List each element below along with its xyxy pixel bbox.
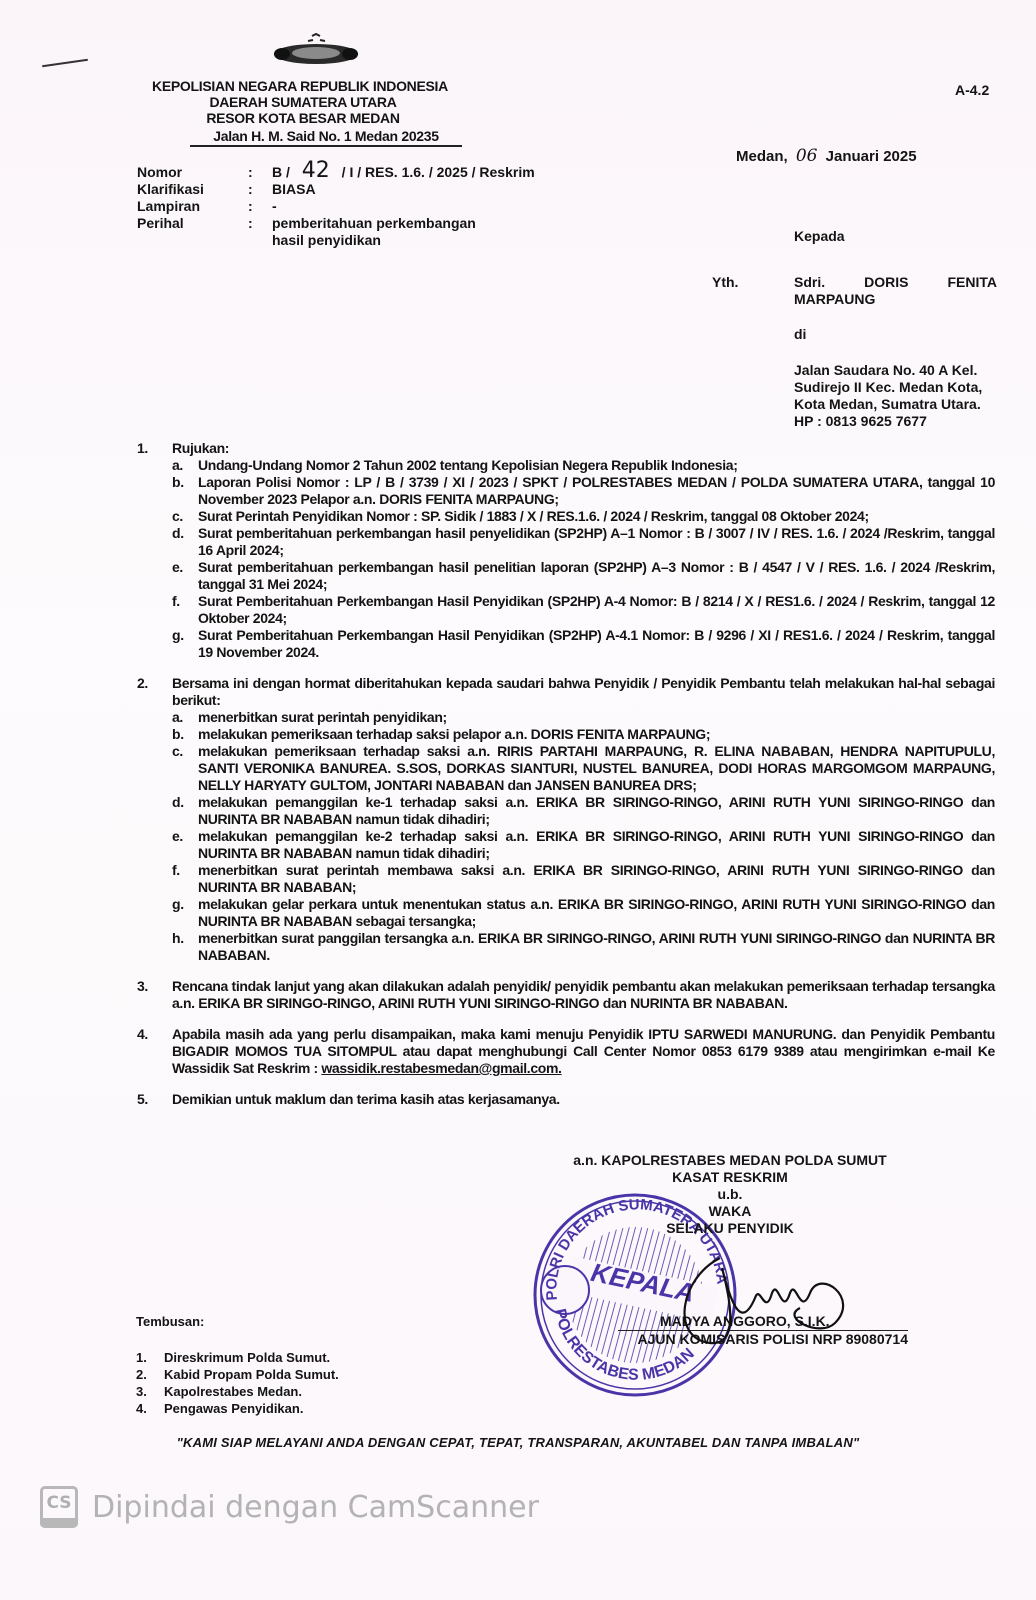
recipient-di: di xyxy=(794,326,806,343)
section-number: 5. xyxy=(137,1091,172,1108)
meta-row-nomor: Nomor : B / 42 / I / RES. 1.6. / 2025 / … xyxy=(137,164,572,181)
stray-pen-mark xyxy=(42,59,88,67)
letterhead-resort: RESOR KOTA BESAR MEDAN xyxy=(130,110,476,126)
recipient-phone: HP : 0813 9625 7677 xyxy=(794,413,1004,430)
reference-item: f.Surat Pemberitahuan Perkembangan Hasil… xyxy=(172,593,995,627)
item-letter: e. xyxy=(172,559,198,593)
recipient-kepada: Kepada xyxy=(794,228,845,245)
reference-item: d.Surat pemberitahuan perkembangan hasil… xyxy=(172,525,995,559)
section-heading: Bersama ini dengan hormat diberitahukan … xyxy=(172,675,995,709)
cc-item: 3.Kapolrestabes Medan. xyxy=(136,1383,339,1400)
date-month-year: Januari 2025 xyxy=(826,148,917,165)
item-letter: b. xyxy=(172,474,198,508)
meta-colon: : xyxy=(248,215,272,249)
cc-title: Tembusan: xyxy=(136,1313,339,1330)
action-item: f.menerbitkan surat perintah membawa sak… xyxy=(172,862,995,896)
contact-email-link[interactable]: wassidik.restabesmedan@gmail.com. xyxy=(321,1060,561,1076)
nomor-prefix: B / xyxy=(272,164,290,180)
camscanner-logo-text: CS xyxy=(46,1493,71,1513)
meta-value: - xyxy=(272,198,572,215)
item-text: menerbitkan surat panggilan tersangka a.… xyxy=(198,930,995,964)
section-number: 2. xyxy=(137,675,172,964)
item-text: melakukan pemeriksaan terhadap saksi a.n… xyxy=(198,743,995,794)
recipient-name-line2: MARPAUNG xyxy=(794,291,875,308)
item-letter: d. xyxy=(172,525,198,559)
carbon-copy-list: Tembusan: 1.Direskrimum Polda Sumut. 2.K… xyxy=(136,1313,339,1417)
item-text: menerbitkan surat perintah penyidikan; xyxy=(198,709,995,726)
letterhead-address: Jalan H. M. Said No. 1 Medan 20235 xyxy=(190,128,462,147)
reference-item: e.Surat pemberitahuan perkembangan hasil… xyxy=(172,559,995,593)
address-line: Kota Medan, Sumatra Utara. xyxy=(794,396,1004,413)
item-text: Laporan Polisi Nomor : LP / B / 3739 / X… xyxy=(198,474,995,508)
nomor-handwritten: 42 xyxy=(302,158,330,183)
recipient-name: Sdri. DORIS FENITA xyxy=(794,274,997,291)
signatory-authority: a.n. KAPOLRESTABES MEDAN POLDA SUMUT xyxy=(540,1152,920,1169)
item-letter: a. xyxy=(172,709,198,726)
section-1-references: 1. Rujukan: a.Undang-Undang Nomor 2 Tahu… xyxy=(137,440,995,661)
action-item: h.menerbitkan surat panggilan tersangka … xyxy=(172,930,995,964)
item-letter: e. xyxy=(172,828,198,862)
item-text: Surat Perintah Penyidikan Nomor : SP. Si… xyxy=(198,508,995,525)
cc-text: Pengawas Penyidikan. xyxy=(164,1400,303,1417)
address-line: Jalan Saudara No. 40 A Kel. xyxy=(794,362,1004,379)
cc-number: 3. xyxy=(136,1383,164,1400)
meta-colon: : xyxy=(248,198,272,215)
section-4-contact: 4. Apabila masih ada yang perlu disampai… xyxy=(137,1026,995,1077)
item-text: Surat pemberitahuan perkembangan hasil p… xyxy=(198,559,995,593)
camscanner-logo-icon: CS xyxy=(40,1486,78,1528)
meta-row-perihal: Perihal : pemberitahuan perkembangan has… xyxy=(137,215,572,249)
reference-item: a.Undang-Undang Nomor 2 Tahun 2002 tenta… xyxy=(172,457,995,474)
meta-row-lampiran: Lampiran : - xyxy=(137,198,572,215)
cc-number: 1. xyxy=(136,1349,164,1366)
signatory-unit: KASAT RESKRIM xyxy=(540,1169,920,1186)
item-text: melakukan pemanggilan ke-2 terhadap saks… xyxy=(198,828,995,862)
item-text: Surat Pemberitahuan Perkembangan Hasil P… xyxy=(198,627,995,661)
meta-key: Perihal xyxy=(137,215,248,249)
letterhead-region: DAERAH SUMATERA UTARA xyxy=(130,94,476,110)
camscanner-watermark: CS Dipindai dengan CamScanner xyxy=(40,1486,539,1528)
item-letter: c. xyxy=(172,743,198,794)
item-text: Undang-Undang Nomor 2 Tahun 2002 tentang… xyxy=(198,457,995,474)
item-letter: g. xyxy=(172,896,198,930)
item-letter: d. xyxy=(172,794,198,828)
item-text: melakukan pemanggilan ke-1 terhadap saks… xyxy=(198,794,995,828)
reference-item: g.Surat Pemberitahuan Perkembangan Hasil… xyxy=(172,627,995,661)
nomor-suffix: / I / RES. 1.6. / 2025 / Reskrim xyxy=(342,164,535,180)
item-text: menerbitkan surat perintah membawa saksi… xyxy=(198,862,995,896)
action-item: b.melakukan pemeriksaan terhadap saksi p… xyxy=(172,726,995,743)
signatory-position: WAKA xyxy=(540,1203,920,1220)
cc-text: Direskrimum Polda Sumut. xyxy=(164,1349,330,1366)
reference-item: c.Surat Perintah Penyidikan Nomor : SP. … xyxy=(172,508,995,525)
meta-value: B / 42 / I / RES. 1.6. / 2025 / Reskrim xyxy=(272,164,572,181)
item-text: Surat Pemberitahuan Perkembangan Hasil P… xyxy=(198,593,995,627)
date-day-handwritten: 06 xyxy=(796,146,818,166)
date-place: Medan, xyxy=(736,148,788,165)
item-letter: f. xyxy=(172,593,198,627)
action-item: e.melakukan pemanggilan ke-2 terhadap sa… xyxy=(172,828,995,862)
section-number: 1. xyxy=(137,440,172,661)
reference-item: b.Laporan Polisi Nomor : LP / B / 3739 /… xyxy=(172,474,995,508)
item-text: melakukan pemeriksaan terhadap saksi pel… xyxy=(198,726,995,743)
signatory-ub: u.b. xyxy=(540,1186,920,1203)
item-letter: c. xyxy=(172,508,198,525)
section-5-closing: 5. Demikian untuk maklum dan terima kasi… xyxy=(137,1091,995,1108)
action-item: g.melakukan gelar perkara untuk menentuk… xyxy=(172,896,995,930)
cc-text: Kapolrestabes Medan. xyxy=(164,1383,302,1400)
section-text: Apabila masih ada yang perlu disampaikan… xyxy=(172,1026,995,1077)
letterhead: KEPOLISIAN NEGARA REPUBLIK INDONESIA DAE… xyxy=(130,78,476,147)
cc-item: 4.Pengawas Penyidikan. xyxy=(136,1400,339,1417)
form-code: A-4.2 xyxy=(955,82,989,98)
contact-text: Apabila masih ada yang perlu disampaikan… xyxy=(172,1026,995,1076)
meta-colon: : xyxy=(248,181,272,198)
action-item: a.menerbitkan surat perintah penyidikan; xyxy=(172,709,995,726)
recipient-yth: Yth. xyxy=(712,274,738,291)
meta-key: Lampiran xyxy=(137,198,248,215)
meta-value: pemberitahuan perkembangan hasil penyidi… xyxy=(272,215,487,249)
action-item: c.melakukan pemeriksaan terhadap saksi a… xyxy=(172,743,995,794)
police-emblem-icon xyxy=(270,32,362,66)
meta-value: BIASA xyxy=(272,181,572,198)
cc-item: 2.Kabid Propam Polda Sumut. xyxy=(136,1366,339,1383)
section-number: 4. xyxy=(137,1026,172,1077)
item-text: melakukan gelar perkara untuk menentukan… xyxy=(198,896,995,930)
motto: "KAMI SIAP MELAYANI ANDA DENGAN CEPAT, T… xyxy=(0,1435,1036,1450)
recipient-address: Jalan Saudara No. 40 A Kel. Sudirejo II … xyxy=(794,362,1004,430)
item-letter: a. xyxy=(172,457,198,474)
letter-date: Medan, 06 Januari 2025 xyxy=(736,146,917,166)
watermark-text: Dipindai dengan CamScanner xyxy=(92,1490,539,1525)
section-text: Demikian untuk maklum dan terima kasih a… xyxy=(172,1091,995,1108)
letter-meta: Nomor : B / 42 / I / RES. 1.6. / 2025 / … xyxy=(137,164,572,249)
item-letter: g. xyxy=(172,627,198,661)
cc-number: 2. xyxy=(136,1366,164,1383)
item-letter: b. xyxy=(172,726,198,743)
cc-text: Kabid Propam Polda Sumut. xyxy=(164,1366,339,1383)
section-2-actions: 2. Bersama ini dengan hormat diberitahuk… xyxy=(137,675,995,964)
section-number: 3. xyxy=(137,978,172,1012)
item-letter: h. xyxy=(172,930,198,964)
letter-body: 1. Rujukan: a.Undang-Undang Nomor 2 Tahu… xyxy=(137,440,995,1122)
section-3-follow-up: 3. Rencana tindak lanjut yang akan dilak… xyxy=(137,978,995,1012)
handwritten-signature-icon xyxy=(660,1238,870,1348)
address-line: Sudirejo II Kec. Medan Kota, xyxy=(794,379,1004,396)
section-heading: Rujukan: xyxy=(172,440,995,457)
meta-key: Klarifikasi xyxy=(137,181,248,198)
action-item: d.melakukan pemanggilan ke-1 terhadap sa… xyxy=(172,794,995,828)
item-text: Surat pemberitahuan perkembangan hasil p… xyxy=(198,525,995,559)
section-text: Rencana tindak lanjut yang akan dilakuka… xyxy=(172,978,995,1012)
signature-block: a.n. KAPOLRESTABES MEDAN POLDA SUMUT KAS… xyxy=(540,1152,920,1237)
letterhead-institution: KEPOLISIAN NEGARA REPUBLIK INDONESIA xyxy=(100,78,500,94)
meta-row-klarifikasi: Klarifikasi : BIASA xyxy=(137,181,572,198)
cc-number: 4. xyxy=(136,1400,164,1417)
item-letter: f. xyxy=(172,862,198,896)
cc-item: 1.Direskrimum Polda Sumut. xyxy=(136,1349,339,1366)
meta-colon: : xyxy=(248,164,272,181)
signatory-role: SELAKU PENYIDIK xyxy=(540,1220,920,1237)
meta-key: Nomor xyxy=(137,164,248,181)
